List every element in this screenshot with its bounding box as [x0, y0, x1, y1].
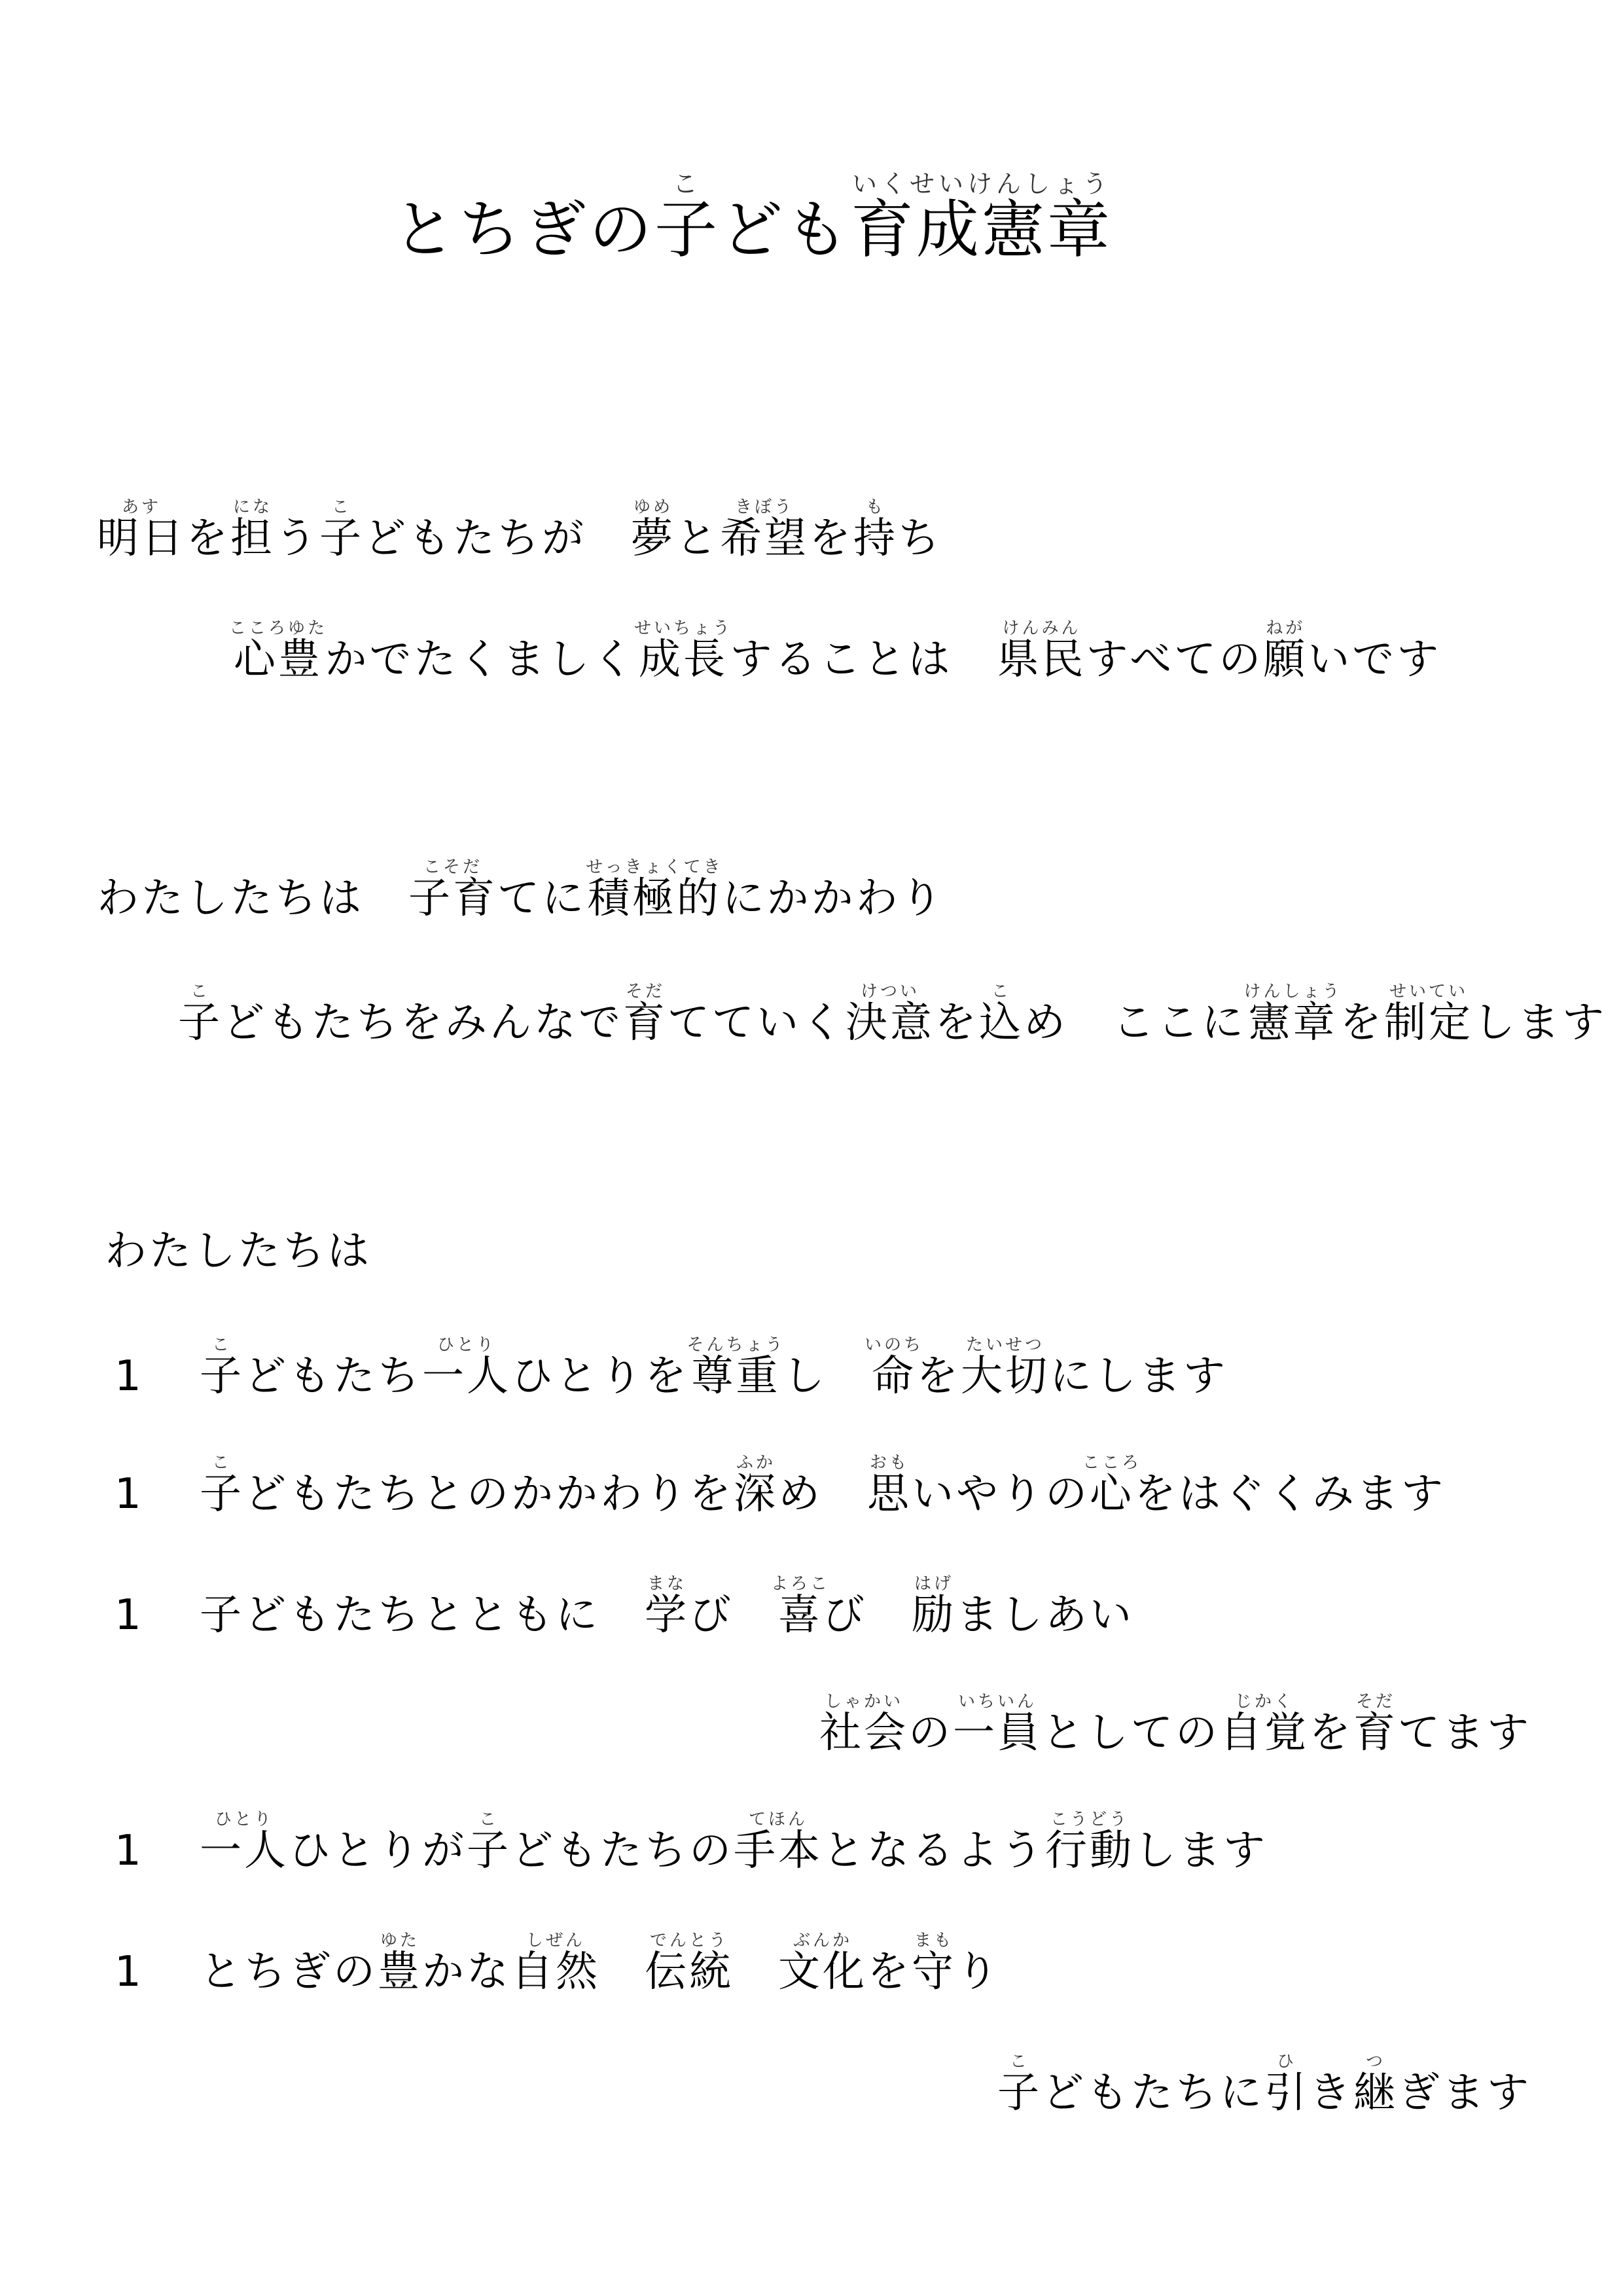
text-run: どもたち [244, 1352, 422, 1401]
pledge-5: 1とちぎの豊ゆたかな自然しぜん 伝統でんとう 文化ぶんかを守まもり [115, 1931, 1001, 1993]
text-run: を [1309, 1709, 1353, 1757]
furigana-word: 子こ [467, 1827, 511, 1875]
furigana-word: 願ねが [1263, 636, 1308, 684]
furigana-reading: せいちょう [634, 619, 732, 638]
furigana-word: 大切たいせつ [961, 1352, 1050, 1401]
text-run: どもたちとのかかわりを [244, 1470, 734, 1518]
furigana-word: 一人ひとり [200, 1827, 289, 1875]
furigana-word: 込こ [979, 999, 1024, 1047]
pledge-3: 1子どもたちとともに 学まなび 喜よろこび 励はげましあい [115, 1574, 1134, 1636]
furigana-reading: こ [178, 982, 223, 1001]
furigana-reading: そんちょう [687, 1335, 785, 1355]
text-run: を [916, 1352, 961, 1401]
furigana-reading: ひ [1264, 2052, 1309, 2072]
furigana-reading: せっきょくてき [586, 857, 722, 877]
furigana-reading: いのち [865, 1335, 923, 1355]
furigana-reading: も [853, 497, 898, 517]
furigana-word: 県民けんみん [997, 636, 1086, 684]
furigana-reading: おも [867, 1453, 912, 1473]
furigana-word: 育成憲章いくせいけんしょう [851, 193, 1113, 266]
text-run: ども [720, 193, 851, 266]
furigana-reading: まも [912, 1931, 956, 1950]
furigana-word: 尊重そんちょう [689, 1352, 783, 1401]
furigana-word: 子こ [178, 999, 223, 1047]
furigana-reading: よろこ [771, 1574, 830, 1594]
pledge-number: 1 [115, 1594, 200, 1636]
text-run: を [809, 514, 853, 563]
furigana-word: 子こ [319, 514, 364, 563]
furigana-reading: きぼう [720, 497, 809, 517]
furigana-word: 子こ [997, 2069, 1042, 2117]
furigana-word: 自然しぜん [511, 1948, 600, 1996]
text-run: わたしたちは [97, 874, 408, 923]
text-run: の [908, 1709, 953, 1757]
furigana-word: 夢ゆめ [631, 514, 675, 563]
pledge-text: 子こどもたちとのかかわりを深ふかめ 思おもいやりの心こころをはぐくみます [200, 1470, 1446, 1518]
text-run: 子どもたちとともに [200, 1591, 645, 1640]
furigana-reading: こ [654, 170, 720, 198]
furigana-word: 一人ひとり [422, 1352, 511, 1401]
text-run: とちぎの [200, 1948, 378, 1996]
pledge-number: 1 [115, 1951, 200, 1993]
furigana-word: 育そだ [623, 999, 668, 1047]
furigana-word: 喜よろこ [778, 1591, 823, 1640]
furigana-reading: しぜん [511, 1931, 600, 1950]
furigana-reading: てほん [734, 1810, 823, 1829]
text-run: う [275, 514, 319, 563]
furigana-reading: こ [467, 1810, 511, 1829]
preamble-line-3: わたしたちは 子育こそだてに積極的せっきょくてきにかかわり [97, 857, 945, 920]
text-run: り [956, 1948, 1001, 1996]
text-run: どもたちが [364, 514, 631, 563]
pledge-4: 1一人ひとりひとりが子こどもたちの手本てほんとなるよう行動こうどうします [115, 1810, 1268, 1872]
furigana-reading: そだ [1353, 1692, 1398, 1712]
furigana-word: 文化ぶんか [778, 1948, 867, 1996]
text-run: を [1340, 999, 1384, 1047]
furigana-reading: こ [997, 2052, 1042, 2072]
text-run: いやりの [912, 1470, 1090, 1518]
furigana-reading: せいてい [1384, 982, 1473, 1001]
furigana-word: 社会しゃかい [819, 1709, 908, 1757]
pledge-intro: わたしたちは [105, 1230, 372, 1272]
text-run: とちぎの [393, 193, 654, 266]
pledge-2: 1子こどもたちとのかかわりを深ふかめ 思おもいやりの心こころをはぐくみます [115, 1453, 1446, 1515]
furigana-word: 守まも [912, 1948, 956, 1996]
pledge-text: 一人ひとりひとりが子こどもたちの手本てほんとなるよう行動こうどうします [200, 1827, 1268, 1875]
text-run: にかかわり [722, 874, 945, 923]
furigana-word: 行動こうどう [1045, 1827, 1134, 1875]
text-run: どもたちをみんなで [223, 999, 623, 1047]
pledge-text: とちぎの豊ゆたかな自然しぜん 伝統でんとう 文化ぶんかを守まもり [200, 1948, 1001, 1996]
pledge-5-continuation: 子こどもたちに引ひき継つぎます [997, 2052, 1531, 2114]
furigana-reading: にな [230, 497, 275, 517]
furigana-reading: でんとう [645, 1931, 734, 1950]
pledge-number: 1 [115, 1830, 200, 1872]
furigana-word: 学まな [645, 1591, 689, 1640]
text-run: することは [730, 636, 997, 684]
furigana-reading: けつい [846, 982, 935, 1001]
furigana-word: 決意けつい [846, 999, 935, 1047]
preamble-line-4: 子こどもたちをみんなで育そだてていく決意けついを込こめ ここに憲章けんしょうを制… [178, 982, 1607, 1044]
furigana-word: 育そだ [1353, 1709, 1398, 1757]
furigana-word: 継つ [1353, 2069, 1398, 2117]
text-run: び [823, 1591, 912, 1640]
text-run: と [675, 514, 720, 563]
furigana-word: 一員いちいん [953, 1709, 1042, 1757]
furigana-reading: ふか [734, 1453, 778, 1473]
furigana-reading: ぶんか [778, 1931, 867, 1950]
furigana-reading: あす [97, 497, 186, 517]
text-run: ち [898, 514, 942, 563]
furigana-reading: ねが [1263, 619, 1308, 638]
furigana-word: 担にな [230, 514, 275, 563]
furigana-word: 成長せいちょう [637, 636, 730, 684]
furigana-word: 積極的せっきょくてき [586, 874, 722, 923]
furigana-reading: けんしょう [1244, 982, 1342, 1001]
text-run: を [867, 1948, 912, 1996]
furigana-word: 伝統でんとう [645, 1948, 734, 1996]
text-run: を [186, 514, 230, 563]
pledge-3-continuation: 社会しゃかいの一員いちいんとしての自覚じかくを育そだてます [819, 1692, 1531, 1754]
text-run: します [1134, 1827, 1268, 1875]
furigana-reading: しゃかい [819, 1692, 908, 1712]
furigana-word: 希望きぼう [720, 514, 809, 563]
furigana-word: 自覚じかく [1220, 1709, 1309, 1757]
furigana-reading: こころゆた [229, 619, 327, 638]
text-run: となるよう [823, 1827, 1045, 1875]
furigana-word: 思おも [867, 1470, 912, 1518]
text-run: かでたくましく [325, 636, 637, 684]
text-run: します [1473, 999, 1607, 1047]
furigana-reading: ゆた [378, 1931, 422, 1950]
furigana-reading: まな [645, 1574, 689, 1594]
text-run: ましあい [956, 1591, 1134, 1640]
text-run: を [935, 999, 979, 1047]
pledge-text: 子どもたちとともに 学まなび 喜よろこび 励はげましあい [200, 1591, 1134, 1640]
furigana-reading: はげ [912, 1574, 956, 1594]
furigana-reading: こ [319, 497, 364, 517]
furigana-word: 励はげ [912, 1591, 956, 1640]
furigana-word: 持も [853, 514, 898, 563]
text-run [600, 1948, 645, 1996]
preamble-line-2: 心豊こころゆたかでたくましく成長せいちょうすることは 県民けんみんすべての願ねが… [229, 619, 1441, 681]
furigana-reading: いくせいけんしょう [851, 170, 1113, 198]
furigana-reading: こうどう [1045, 1810, 1134, 1829]
furigana-word: 憲章けんしょう [1246, 999, 1340, 1047]
text-run: すべての [1086, 636, 1264, 684]
text-run: いです [1308, 636, 1441, 684]
pledge-number: 1 [115, 1355, 200, 1397]
furigana-word: 子こ [654, 193, 720, 266]
furigana-word: 子こ [200, 1470, 244, 1518]
furigana-reading: じかく [1220, 1692, 1309, 1712]
text-run [734, 1948, 778, 1996]
furigana-reading: そだ [623, 982, 668, 1001]
furigana-word: 制定せいてい [1384, 999, 1473, 1047]
furigana-reading: こ [200, 1453, 244, 1473]
furigana-word: 豊ゆた [378, 1948, 422, 1996]
text-run: どもたちの [511, 1827, 734, 1875]
pledge-text: 子こどもたち一人ひとりひとりを尊重そんちょうし 命いのちを大切たいせつにします [200, 1352, 1228, 1401]
text-run: び [689, 1591, 778, 1640]
pledge-1: 1子こどもたち一人ひとりひとりを尊重そんちょうし 命いのちを大切たいせつにします [115, 1335, 1228, 1397]
furigana-reading: けんみん [997, 619, 1086, 638]
furigana-word: 子こ [200, 1352, 244, 1401]
furigana-reading: こころ [1082, 1453, 1141, 1473]
text-run: としての [1042, 1709, 1220, 1757]
text-run: てに [497, 874, 586, 923]
furigana-reading: いちいん [953, 1692, 1042, 1712]
preamble-line-1: 明日あすを担になう子こどもたちが 夢ゆめと希望きぼうを持もち [97, 497, 942, 560]
furigana-word: 引ひ [1264, 2069, 1309, 2117]
text-run: し [783, 1352, 872, 1401]
furigana-reading: こ [979, 982, 1024, 1001]
furigana-reading: ゆめ [631, 497, 675, 517]
furigana-reading: こそだ [408, 857, 497, 877]
text-run: てます [1398, 1709, 1531, 1757]
text-run: め [778, 1470, 867, 1518]
furigana-reading: たいせつ [961, 1335, 1050, 1355]
text-run: にします [1050, 1352, 1228, 1401]
text-run: め ここに [1024, 999, 1246, 1047]
furigana-reading: こ [200, 1335, 244, 1355]
furigana-reading: ひとり [422, 1335, 511, 1355]
furigana-word: 命いのち [872, 1352, 916, 1401]
text-run: ぎます [1398, 2069, 1531, 2117]
text-run: てていく [668, 999, 846, 1047]
text-run: をはぐくみます [1134, 1470, 1446, 1518]
text-run: どもたちに [1042, 2069, 1264, 2117]
text-run: わたしたちは [105, 1227, 372, 1276]
furigana-word: 手本てほん [734, 1827, 823, 1875]
furigana-word: 深ふか [734, 1470, 778, 1518]
page-title: とちぎの子こども育成憲章いくせいけんしょう [393, 170, 1113, 261]
furigana-word: 心こころ [1090, 1470, 1134, 1518]
text-run: かな [422, 1948, 511, 1996]
furigana-word: 心豊こころゆた [229, 636, 325, 684]
pledge-number: 1 [115, 1473, 200, 1515]
furigana-word: 子育こそだ [408, 874, 497, 923]
text-run: き [1309, 2069, 1353, 2117]
furigana-reading: ひとり [200, 1810, 289, 1829]
text-run: ひとりを [511, 1352, 689, 1401]
text-run: ひとりが [289, 1827, 467, 1875]
furigana-reading: つ [1353, 2052, 1398, 2072]
furigana-word: 明日あす [97, 514, 186, 563]
